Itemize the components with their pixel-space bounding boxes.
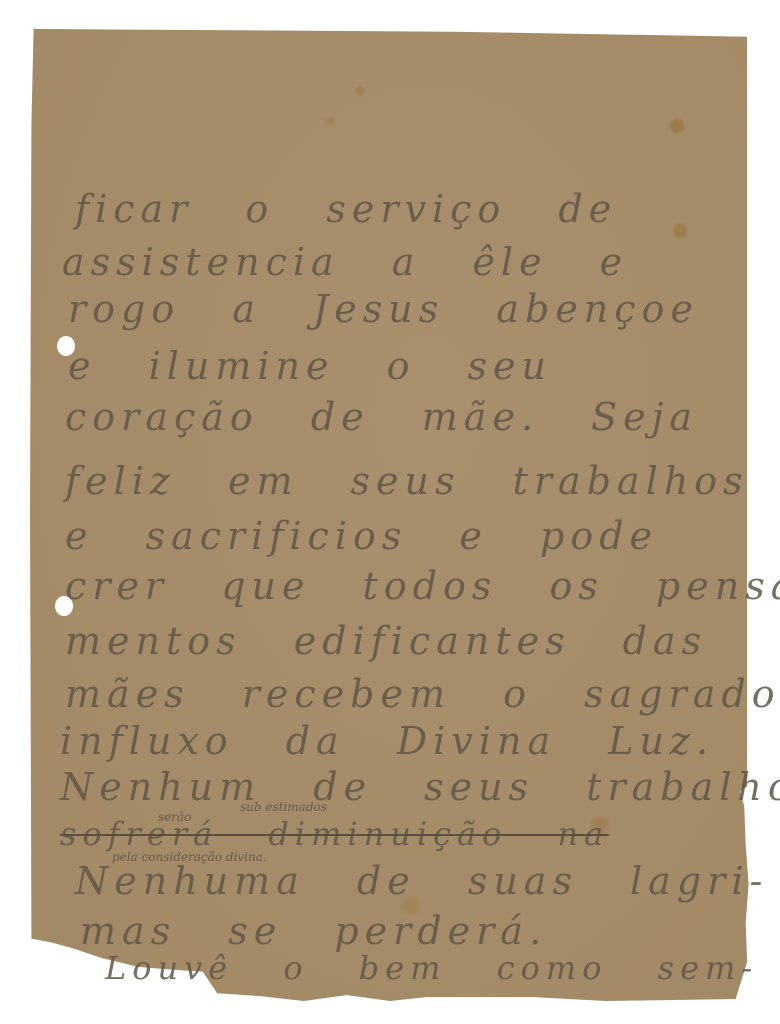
text-line-8: crer que todos os pensa- bbox=[65, 567, 780, 605]
text-line-14: Nenhuma de suas lagri- bbox=[75, 862, 768, 900]
text-line-2: assistencia a êle e bbox=[62, 243, 628, 281]
text-line-6: feliz em seus trabalhos bbox=[65, 462, 749, 500]
text-line-15: mas se perderá. bbox=[80, 912, 547, 950]
text-line-9: mentos edificantes das bbox=[65, 622, 707, 660]
text-line-1: ficar o serviço de bbox=[75, 190, 617, 228]
text-line-12: Nenhum de seus trabalhos bbox=[60, 768, 780, 806]
text-line-5: coração de mãe. Seja bbox=[65, 398, 698, 436]
text-line-4: e ilumine o seu bbox=[68, 347, 552, 385]
text-line-7: e sacrificios e pode bbox=[65, 517, 658, 555]
struck-text-line: sofrerá diminuição na bbox=[60, 818, 609, 850]
correction-above-right: sub estimados bbox=[240, 800, 327, 814]
text-line-16: Louvê o bem como sem- bbox=[105, 952, 758, 984]
scanned-page: ficar o serviço de assistencia a êle e r… bbox=[0, 0, 780, 1024]
handwritten-text: ficar o serviço de assistencia a êle e r… bbox=[0, 0, 780, 1024]
text-line-3: rogo a Jesus abençoe bbox=[68, 290, 699, 328]
text-line-11: influxo da Divina Luz. bbox=[60, 722, 714, 760]
text-line-10: mães recebem o sagrado bbox=[65, 675, 780, 713]
